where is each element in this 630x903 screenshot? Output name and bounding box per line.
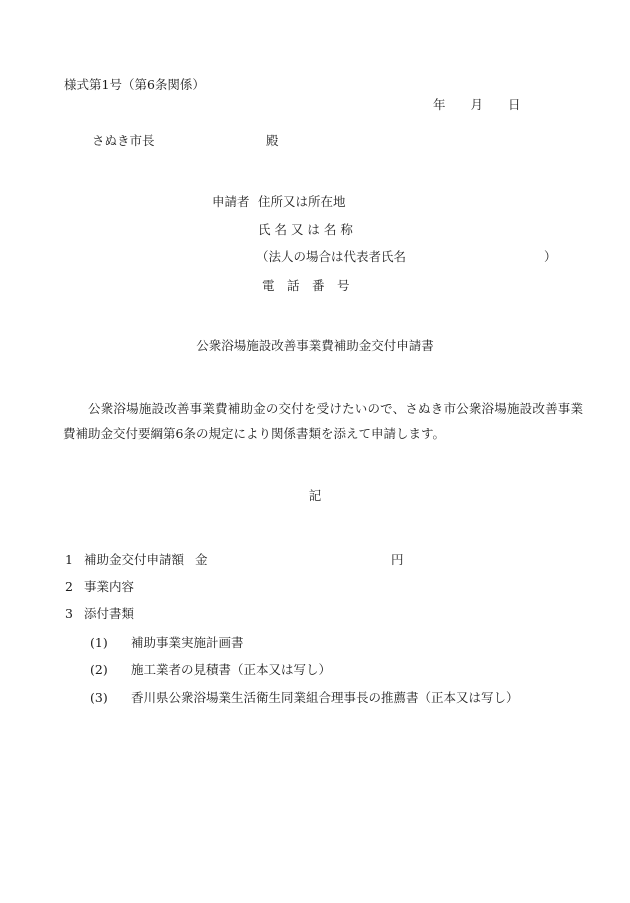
attachment-3-label: 香川県公衆浴場業生活衛生同業組合理事長の推薦書（正本又は写し） — [131, 692, 519, 705]
applicant-address-label: 住所又は所在地 — [258, 196, 346, 209]
document-title: 公衆浴場施設改善事業費補助金交付申請書 — [0, 340, 630, 353]
applicant-phone-label: 電 話 番 号 — [262, 280, 350, 293]
item-1-amount-suffix: 円 — [391, 554, 404, 567]
form-number: 様式第1号（第6条関係） — [64, 79, 205, 92]
item-2-label: 事業内容 — [84, 581, 134, 594]
body-paragraph: 公衆浴場施設改善事業費補助金の交付を受けたいので、さぬき市公衆浴場施設改善事業費… — [63, 396, 583, 446]
applicant-name-label: 氏 名 又 は 名 称 — [258, 224, 353, 237]
date-line: 年 月 日 — [433, 99, 521, 112]
item-1-label: 補助金交付申請額 — [84, 554, 184, 567]
attachment-1-label: 補助事業実施計画書 — [131, 637, 244, 650]
item-2-number: 2 — [65, 581, 73, 594]
item-3-number: 3 — [65, 608, 73, 621]
addressee-honorific: 殿 — [266, 135, 279, 148]
item-3-label: 添付書類 — [84, 608, 134, 621]
corporate-representative-note-close-paren: ） — [544, 251, 557, 264]
application-form-page: 様式第1号（第6条関係） 年 月 日 さぬき市長 殿 申請者 住所又は所在地 氏… — [0, 0, 630, 903]
attachment-3-number: (3) — [90, 692, 108, 705]
item-1-amount-prefix: 金 — [195, 554, 208, 567]
attachment-2-number: (2) — [90, 664, 108, 677]
item-1-number: 1 — [65, 554, 73, 567]
addressee-name: さぬき市長 — [92, 135, 155, 148]
attachment-1-number: (1) — [90, 637, 108, 650]
attachment-2-label: 施工業者の見積書（正本又は写し） — [131, 664, 331, 677]
corporate-representative-note: （法人の場合は代表者氏名 — [256, 251, 406, 264]
section-marker-ki: 記 — [0, 490, 630, 503]
applicant-label: 申請者 — [212, 196, 250, 209]
